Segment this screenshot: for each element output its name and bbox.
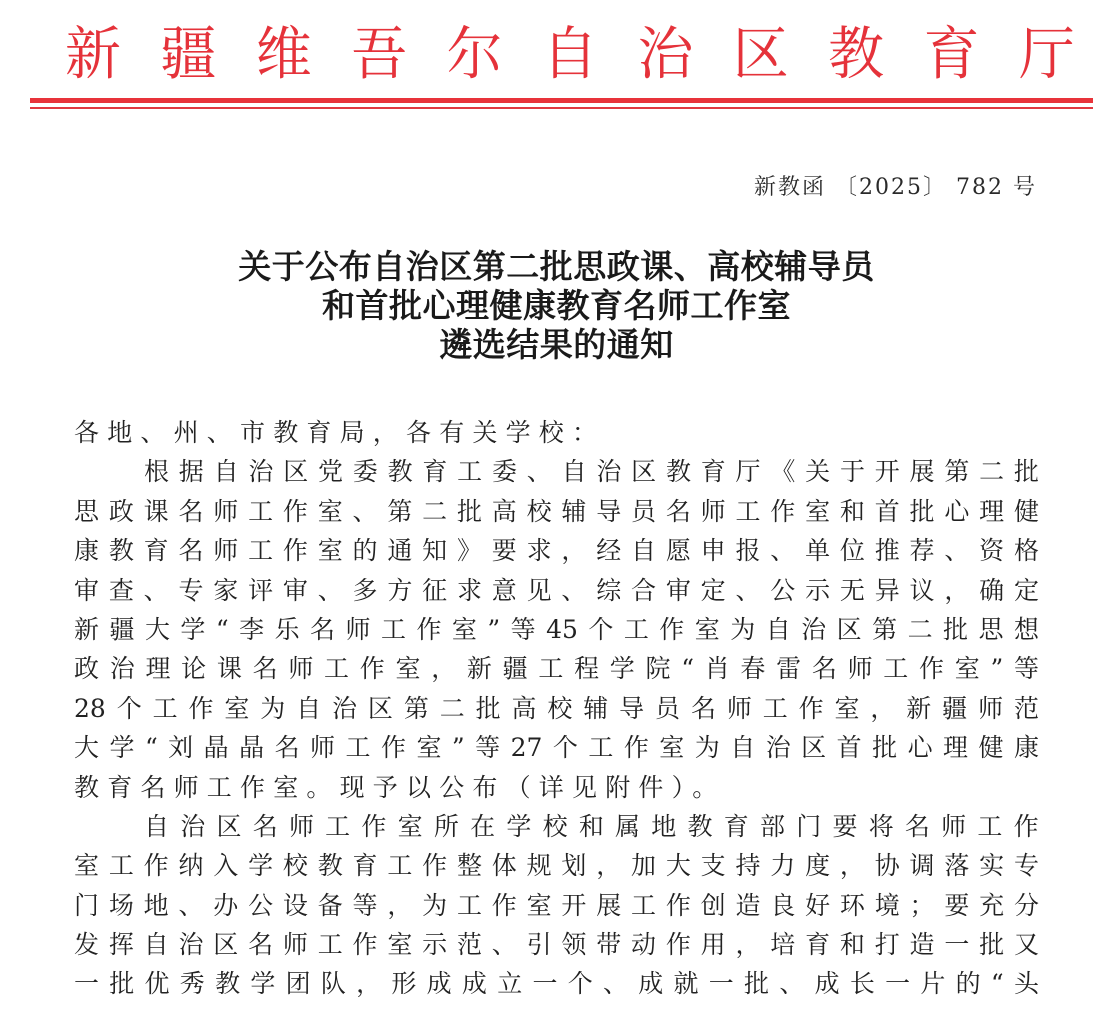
header-char: 区 xyxy=(730,21,792,88)
body-line: 新疆大学“李乐名师工作室”等45个工作室为自治区第二批思想 xyxy=(74,610,1039,649)
body-line: 教育名师工作室。现予以公布（详见附件）。 xyxy=(74,768,1039,807)
header-char: 维 xyxy=(253,21,315,88)
body-line: 大学“刘晶晶名师工作室”等27个工作室为自治区首批心理健康 xyxy=(74,728,1039,767)
header-rule-thick xyxy=(30,98,1093,103)
body-line: 思政课名师工作室、第二批高校辅导员名师工作室和首批心理健 xyxy=(74,492,1039,531)
header-char: 厅 xyxy=(1016,21,1078,88)
header-char: 自 xyxy=(539,21,601,88)
body-line: 政治理论课名师工作室，新疆工程学院“肖春雷名师工作室”等 xyxy=(74,649,1039,688)
document-title: 关于公布自治区第二批思政课、高校辅导员 和首批心理健康教育名师工作室 遴选结果的… xyxy=(0,247,1113,364)
title-line: 和首批心理健康教育名师工作室 xyxy=(0,286,1113,325)
title-line: 遴选结果的通知 xyxy=(0,325,1113,364)
body-line: 门场地、办公设备等，为工作室开展工作创造良好环境；要充分 xyxy=(74,886,1039,925)
header-rule-thin xyxy=(30,107,1093,109)
header-char: 教 xyxy=(825,21,887,88)
header-char: 育 xyxy=(921,21,983,88)
body-line: 审查、专家评审、多方征求意见、综合审定、公示无异议，确定 xyxy=(74,571,1039,610)
body-line: 根据自治区党委教育工委、自治区教育厅《关于开展第二批 xyxy=(74,452,1039,491)
salutation-line: 各地、州、市教育局，各有关学校： xyxy=(74,413,1039,452)
header-char: 尔 xyxy=(444,21,506,88)
document-number: 新教函 〔2025〕 782 号 xyxy=(754,174,1037,202)
header-char: 治 xyxy=(634,21,696,88)
body-line: 室工作纳入学校教育工作整体规划，加大支持力度，协调落实专 xyxy=(74,846,1039,885)
header-char: 疆 xyxy=(157,21,219,88)
header-char: 新 xyxy=(62,21,124,88)
organization-header: 新 疆 维 吾 尔 自 治 区 教 育 厅 xyxy=(62,22,1078,88)
document-body: 各地、州、市教育局，各有关学校：根据自治区党委教育工委、自治区教育厅《关于开展第… xyxy=(74,413,1039,1004)
title-line: 关于公布自治区第二批思政课、高校辅导员 xyxy=(0,247,1113,286)
body-line: 一批优秀教学团队，形成成立一个、成就一批、成长一片的“头 xyxy=(74,964,1039,1003)
header-char: 吾 xyxy=(348,21,410,88)
body-line: 自治区名师工作室所在学校和属地教育部门要将名师工作 xyxy=(74,807,1039,846)
body-line: 发挥自治区名师工作室示范、引领带动作用，培育和打造一批又 xyxy=(74,925,1039,964)
body-line: 康教育名师工作室的通知》要求，经自愿申报、单位推荐、资格 xyxy=(74,531,1039,570)
body-line: 28个工作室为自治区第二批高校辅导员名师工作室，新疆师范 xyxy=(74,689,1039,728)
